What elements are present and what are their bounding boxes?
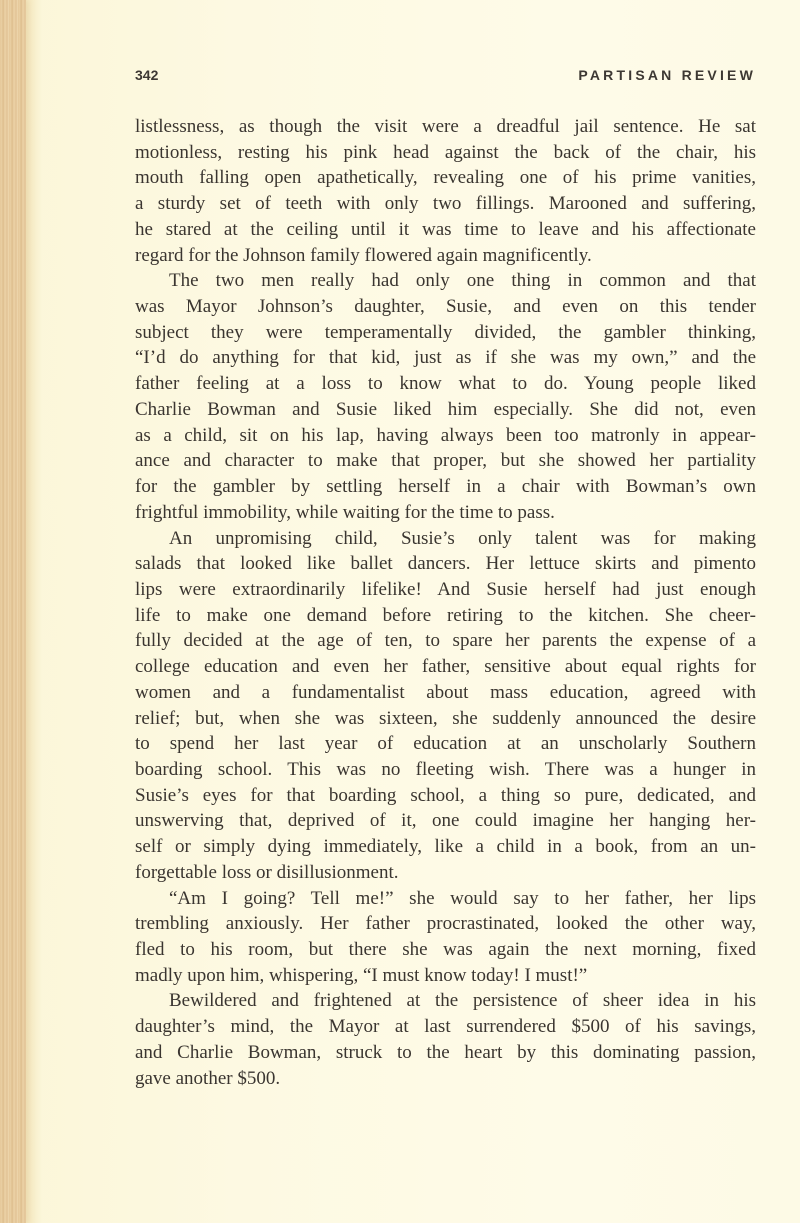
line-text: self or simply dying immediately, like a… (135, 834, 756, 860)
text-line: as a child, sit on his lap, having alway… (135, 423, 756, 449)
text-line: salads that looked like ballet dancers. … (135, 551, 756, 577)
line-text: life to make one demand before retiring … (135, 603, 756, 629)
running-head: PARTISAN REVIEW (578, 67, 756, 83)
text-line: An unpromising child, Susie’s only talen… (135, 526, 756, 552)
line-text: lips were extraordinarily lifelike! And … (135, 577, 756, 603)
paragraph: The two men really had only one thing in… (135, 268, 756, 525)
line-text: for the gambler by settling herself in a… (135, 474, 756, 500)
text-line: daughter’s mind, the Mayor at last surre… (135, 1014, 756, 1040)
line-text: boarding school. This was no fleeting wi… (135, 757, 756, 783)
text-line: he stared at the ceiling until it was ti… (135, 217, 756, 243)
line-text: father feeling at a loss to know what to… (135, 371, 756, 397)
line-text: and Charlie Bowman, struck to the heart … (135, 1040, 756, 1066)
text-line: Susie’s eyes for that boarding school, a… (135, 783, 756, 809)
body-text: listlessness, as though the visit were a… (135, 114, 756, 1091)
text-line: “Am I going? Tell me!” she would say to … (135, 886, 756, 912)
paragraph: listlessness, as though the visit were a… (135, 114, 756, 268)
text-line: forgettable loss or disillusionment. (135, 860, 756, 886)
line-text: subject they were temperamentally divide… (135, 320, 756, 346)
line-text: “I’d do anything for that kid, just as i… (135, 345, 756, 371)
line-text: salads that looked like ballet dancers. … (135, 551, 756, 577)
text-line: mouth falling open apathetically, reveal… (135, 165, 756, 191)
line-text: regard for the Johnson family flowered a… (135, 243, 756, 269)
line-text: relief; but, when she was sixteen, she s… (135, 706, 756, 732)
text-line: boarding school. This was no fleeting wi… (135, 757, 756, 783)
text-line: subject they were temperamentally divide… (135, 320, 756, 346)
line-text: gave another $500. (135, 1066, 756, 1092)
line-text: to spend her last year of education at a… (135, 731, 756, 757)
line-text: The two men really had only one thing in… (169, 268, 756, 294)
binding-shadow (26, 0, 42, 1223)
text-line: frightful immobility, while waiting for … (135, 500, 756, 526)
text-line: Bewildered and frightened at the persist… (135, 988, 756, 1014)
line-text: he stared at the ceiling until it was ti… (135, 217, 756, 243)
line-text: ance and character to make that proper, … (135, 448, 756, 474)
book-binding-edge (0, 0, 26, 1223)
text-line: women and a fundamentalist about mass ed… (135, 680, 756, 706)
text-line: Charlie Bowman and Susie liked him espec… (135, 397, 756, 423)
text-line: listlessness, as though the visit were a… (135, 114, 756, 140)
text-line: The two men really had only one thing in… (135, 268, 756, 294)
paragraph: Bewildered and frightened at the persist… (135, 988, 756, 1091)
paragraph: An unpromising child, Susie’s only talen… (135, 526, 756, 886)
page-header: 342 PARTISAN REVIEW (135, 67, 756, 87)
text-line: life to make one demand before retiring … (135, 603, 756, 629)
text-line: motionless, resting his pink head agains… (135, 140, 756, 166)
line-text: An unpromising child, Susie’s only talen… (169, 526, 756, 552)
line-text: Charlie Bowman and Susie liked him espec… (135, 397, 756, 423)
text-line: “I’d do anything for that kid, just as i… (135, 345, 756, 371)
text-line: fled to his room, but there she was agai… (135, 937, 756, 963)
text-line: and Charlie Bowman, struck to the heart … (135, 1040, 756, 1066)
text-line: for the gambler by settling herself in a… (135, 474, 756, 500)
text-line: gave another $500. (135, 1066, 756, 1092)
line-text: trembling anxiously. Her father procrast… (135, 911, 756, 937)
text-line: relief; but, when she was sixteen, she s… (135, 706, 756, 732)
line-text: as a child, sit on his lap, having alway… (135, 423, 756, 449)
line-text: fled to his room, but there she was agai… (135, 937, 756, 963)
line-text: motionless, resting his pink head agains… (135, 140, 756, 166)
text-line: was Mayor Johnson’s daughter, Susie, and… (135, 294, 756, 320)
text-line: fully decided at the age of ten, to spar… (135, 628, 756, 654)
text-line: trembling anxiously. Her father procrast… (135, 911, 756, 937)
line-text: fully decided at the age of ten, to spar… (135, 628, 756, 654)
line-text: listlessness, as though the visit were a… (135, 114, 756, 140)
line-text: daughter’s mind, the Mayor at last surre… (135, 1014, 756, 1040)
text-line: college education and even her father, s… (135, 654, 756, 680)
line-text: Bewildered and frightened at the persist… (169, 988, 756, 1014)
page-number: 342 (135, 67, 158, 83)
text-line: a sturdy set of teeth with only two fill… (135, 191, 756, 217)
line-text: women and a fundamentalist about mass ed… (135, 680, 756, 706)
text-line: to spend her last year of education at a… (135, 731, 756, 757)
line-text: college education and even her father, s… (135, 654, 756, 680)
line-text: madly upon him, whispering, “I must know… (135, 963, 756, 989)
line-text: Susie’s eyes for that boarding school, a… (135, 783, 756, 809)
paragraph: “Am I going? Tell me!” she would say to … (135, 886, 756, 989)
text-line: unswerving that, deprived of it, one cou… (135, 808, 756, 834)
line-text: mouth falling open apathetically, reveal… (135, 165, 756, 191)
text-line: regard for the Johnson family flowered a… (135, 243, 756, 269)
line-text: was Mayor Johnson’s daughter, Susie, and… (135, 294, 756, 320)
line-text: “Am I going? Tell me!” she would say to … (169, 886, 756, 912)
line-text: forgettable loss or disillusionment. (135, 860, 756, 886)
text-line: self or simply dying immediately, like a… (135, 834, 756, 860)
text-line: lips were extraordinarily lifelike! And … (135, 577, 756, 603)
text-line: madly upon him, whispering, “I must know… (135, 963, 756, 989)
text-line: ance and character to make that proper, … (135, 448, 756, 474)
line-text: frightful immobility, while waiting for … (135, 500, 756, 526)
text-line: father feeling at a loss to know what to… (135, 371, 756, 397)
line-text: a sturdy set of teeth with only two fill… (135, 191, 756, 217)
line-text: unswerving that, deprived of it, one cou… (135, 808, 756, 834)
